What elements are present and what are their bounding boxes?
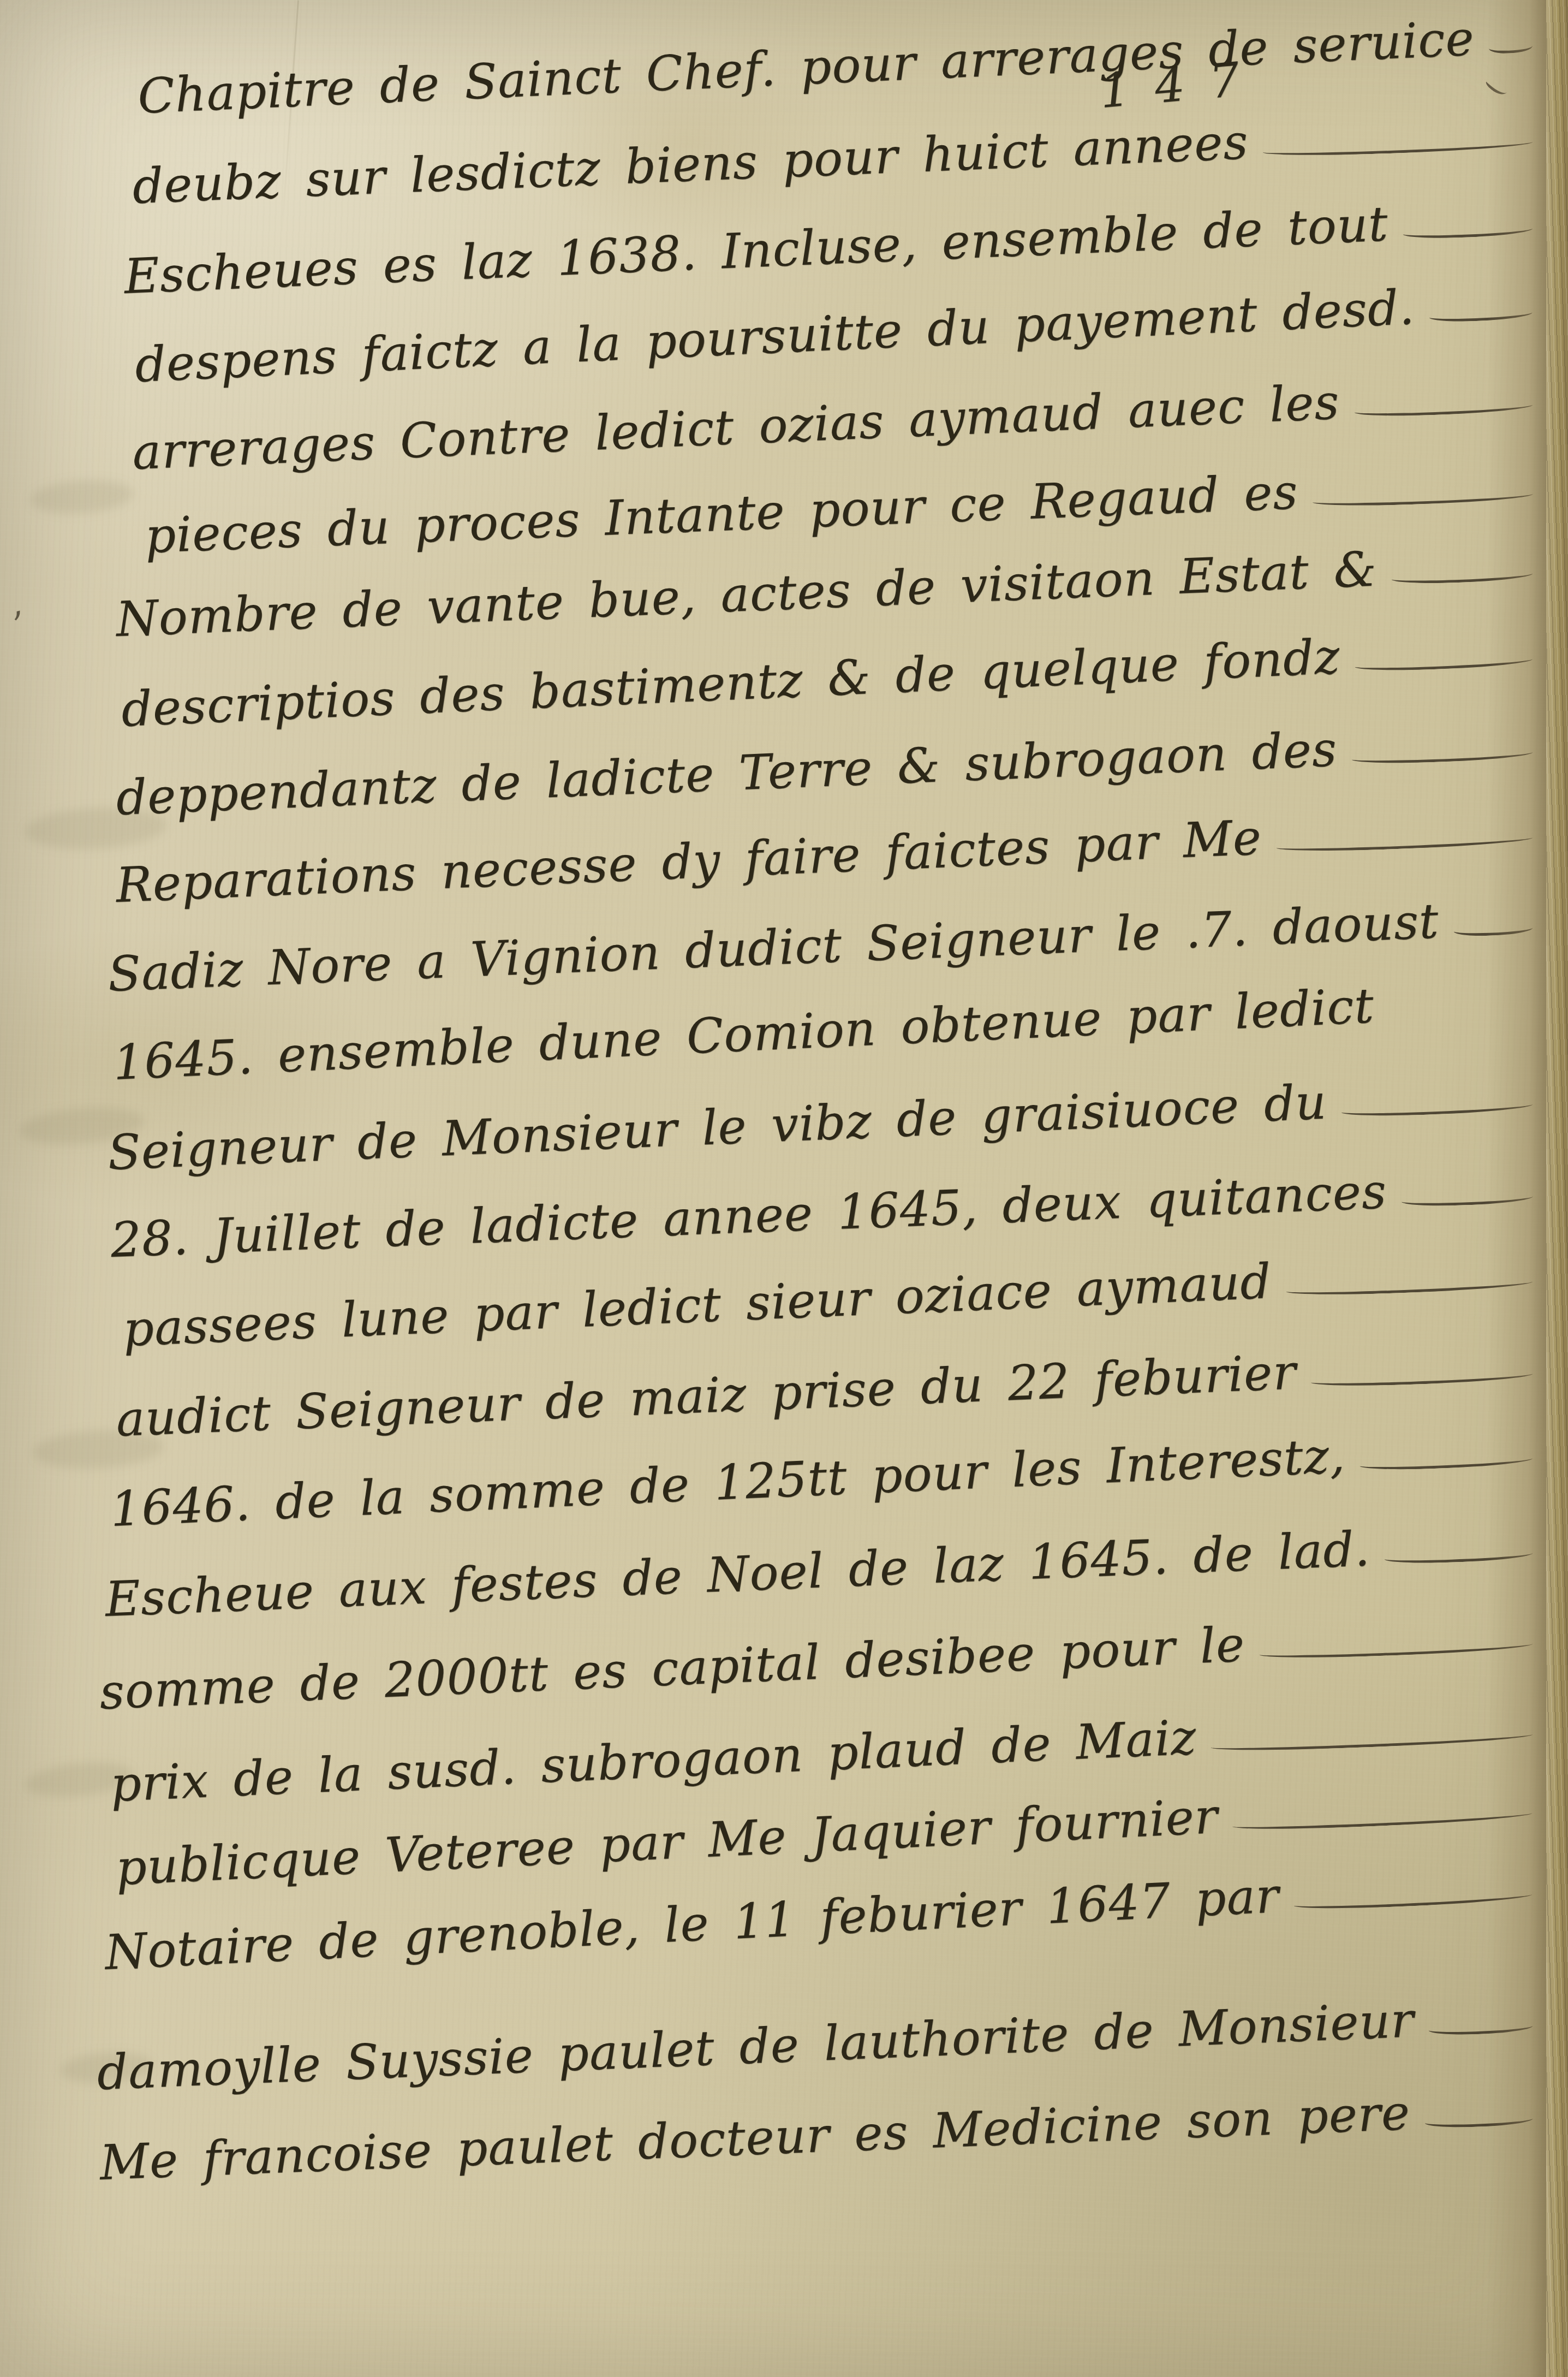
- line-text: somme de 2000tt es capital desibee pour …: [98, 1613, 1246, 1724]
- margin-pen-mark: ’: [9, 604, 30, 646]
- line-text: Me francoise paulet docteur es Medicine …: [99, 2082, 1411, 2195]
- line-text: Seigneur de Monsieur le vibz de graisiuo…: [106, 1071, 1328, 1185]
- manuscript-photo: 147 ’ Chapitre de Sainct Chef. pour arre…: [0, 0, 1568, 2377]
- line-text: Escheue aux festes de Noel de laz 1645. …: [104, 1518, 1371, 1631]
- line-text: deubz sur lesdictz biens pour huict anne…: [131, 111, 1249, 218]
- parchment-page: 147 ’ Chapitre de Sainct Chef. pour arre…: [0, 0, 1568, 2377]
- page-edge-shadow: [1487, 0, 1547, 2377]
- bleed-through-stain: [29, 477, 135, 516]
- line-filler-dash: [1211, 1732, 1533, 1753]
- line-text: damoylle Suyssie paulet de lauthorite de…: [96, 1989, 1415, 2104]
- fore-edge-texture: [1546, 0, 1568, 2377]
- book-fore-edge: [1546, 0, 1568, 2377]
- line-text: Reparations necesse dy faire faictes par…: [115, 806, 1263, 917]
- line-text: passees lune par ledict sieur oziace aym…: [122, 1250, 1273, 1360]
